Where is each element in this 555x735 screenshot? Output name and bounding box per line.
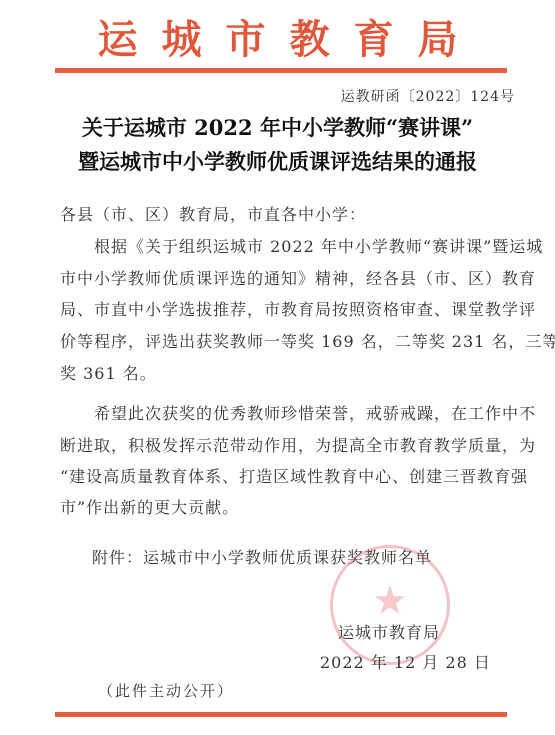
paragraph-line: 希望此次获奖的优秀教师珍惜荣誉，戒骄戒躁，在工作中不	[94, 404, 505, 424]
salutation: 各县（市、区）教育局，市直各中小学：	[60, 205, 505, 225]
paragraph-line: 奖 361 名。	[60, 364, 505, 384]
star-icon: ★	[372, 578, 408, 624]
paragraph-line: 价等程序，评选出获奖教师一等奖 169 名，二等奖 231 名，三等	[60, 332, 505, 352]
issuer-name: 运城市教育局	[338, 620, 440, 643]
masthead-title: 运城市教育局	[0, 8, 555, 65]
paragraph-line: 市中小学教师优质课评选的通知》精神，经各县（市、区）教育	[60, 269, 505, 289]
paragraph-line: 局、市直中小学选拔推荐，市教育局按照资格审查、课堂教学评	[60, 300, 505, 320]
paragraph-line: 根据《关于组织运城市 2022 年中小学教师“赛讲课”暨运城	[94, 237, 505, 257]
document-title-line-1: 关于运城市 2022 年中小学教师“赛讲课”	[0, 112, 555, 144]
disclosure-note: （此件主动公开）	[98, 680, 234, 701]
document-title-line-2: 暨运城市中小学教师优质课评选结果的通报	[0, 146, 555, 178]
paragraph-line: 断进取，积极发挥示范带动作用，为提高全市教育教学质量，为	[60, 436, 505, 456]
paragraph-line: 市”作出新的更大贡献。	[60, 498, 505, 518]
issue-date: 2022 年 12 月 28 日	[320, 650, 491, 673]
document-number: 运教研函〔2022〕124号	[341, 86, 515, 106]
paragraph-line: “建设高质量教育体系、打造区域性教育中心、创建三晋教育强	[60, 467, 505, 487]
footer-rule	[55, 712, 507, 717]
header-rule	[55, 68, 507, 73]
